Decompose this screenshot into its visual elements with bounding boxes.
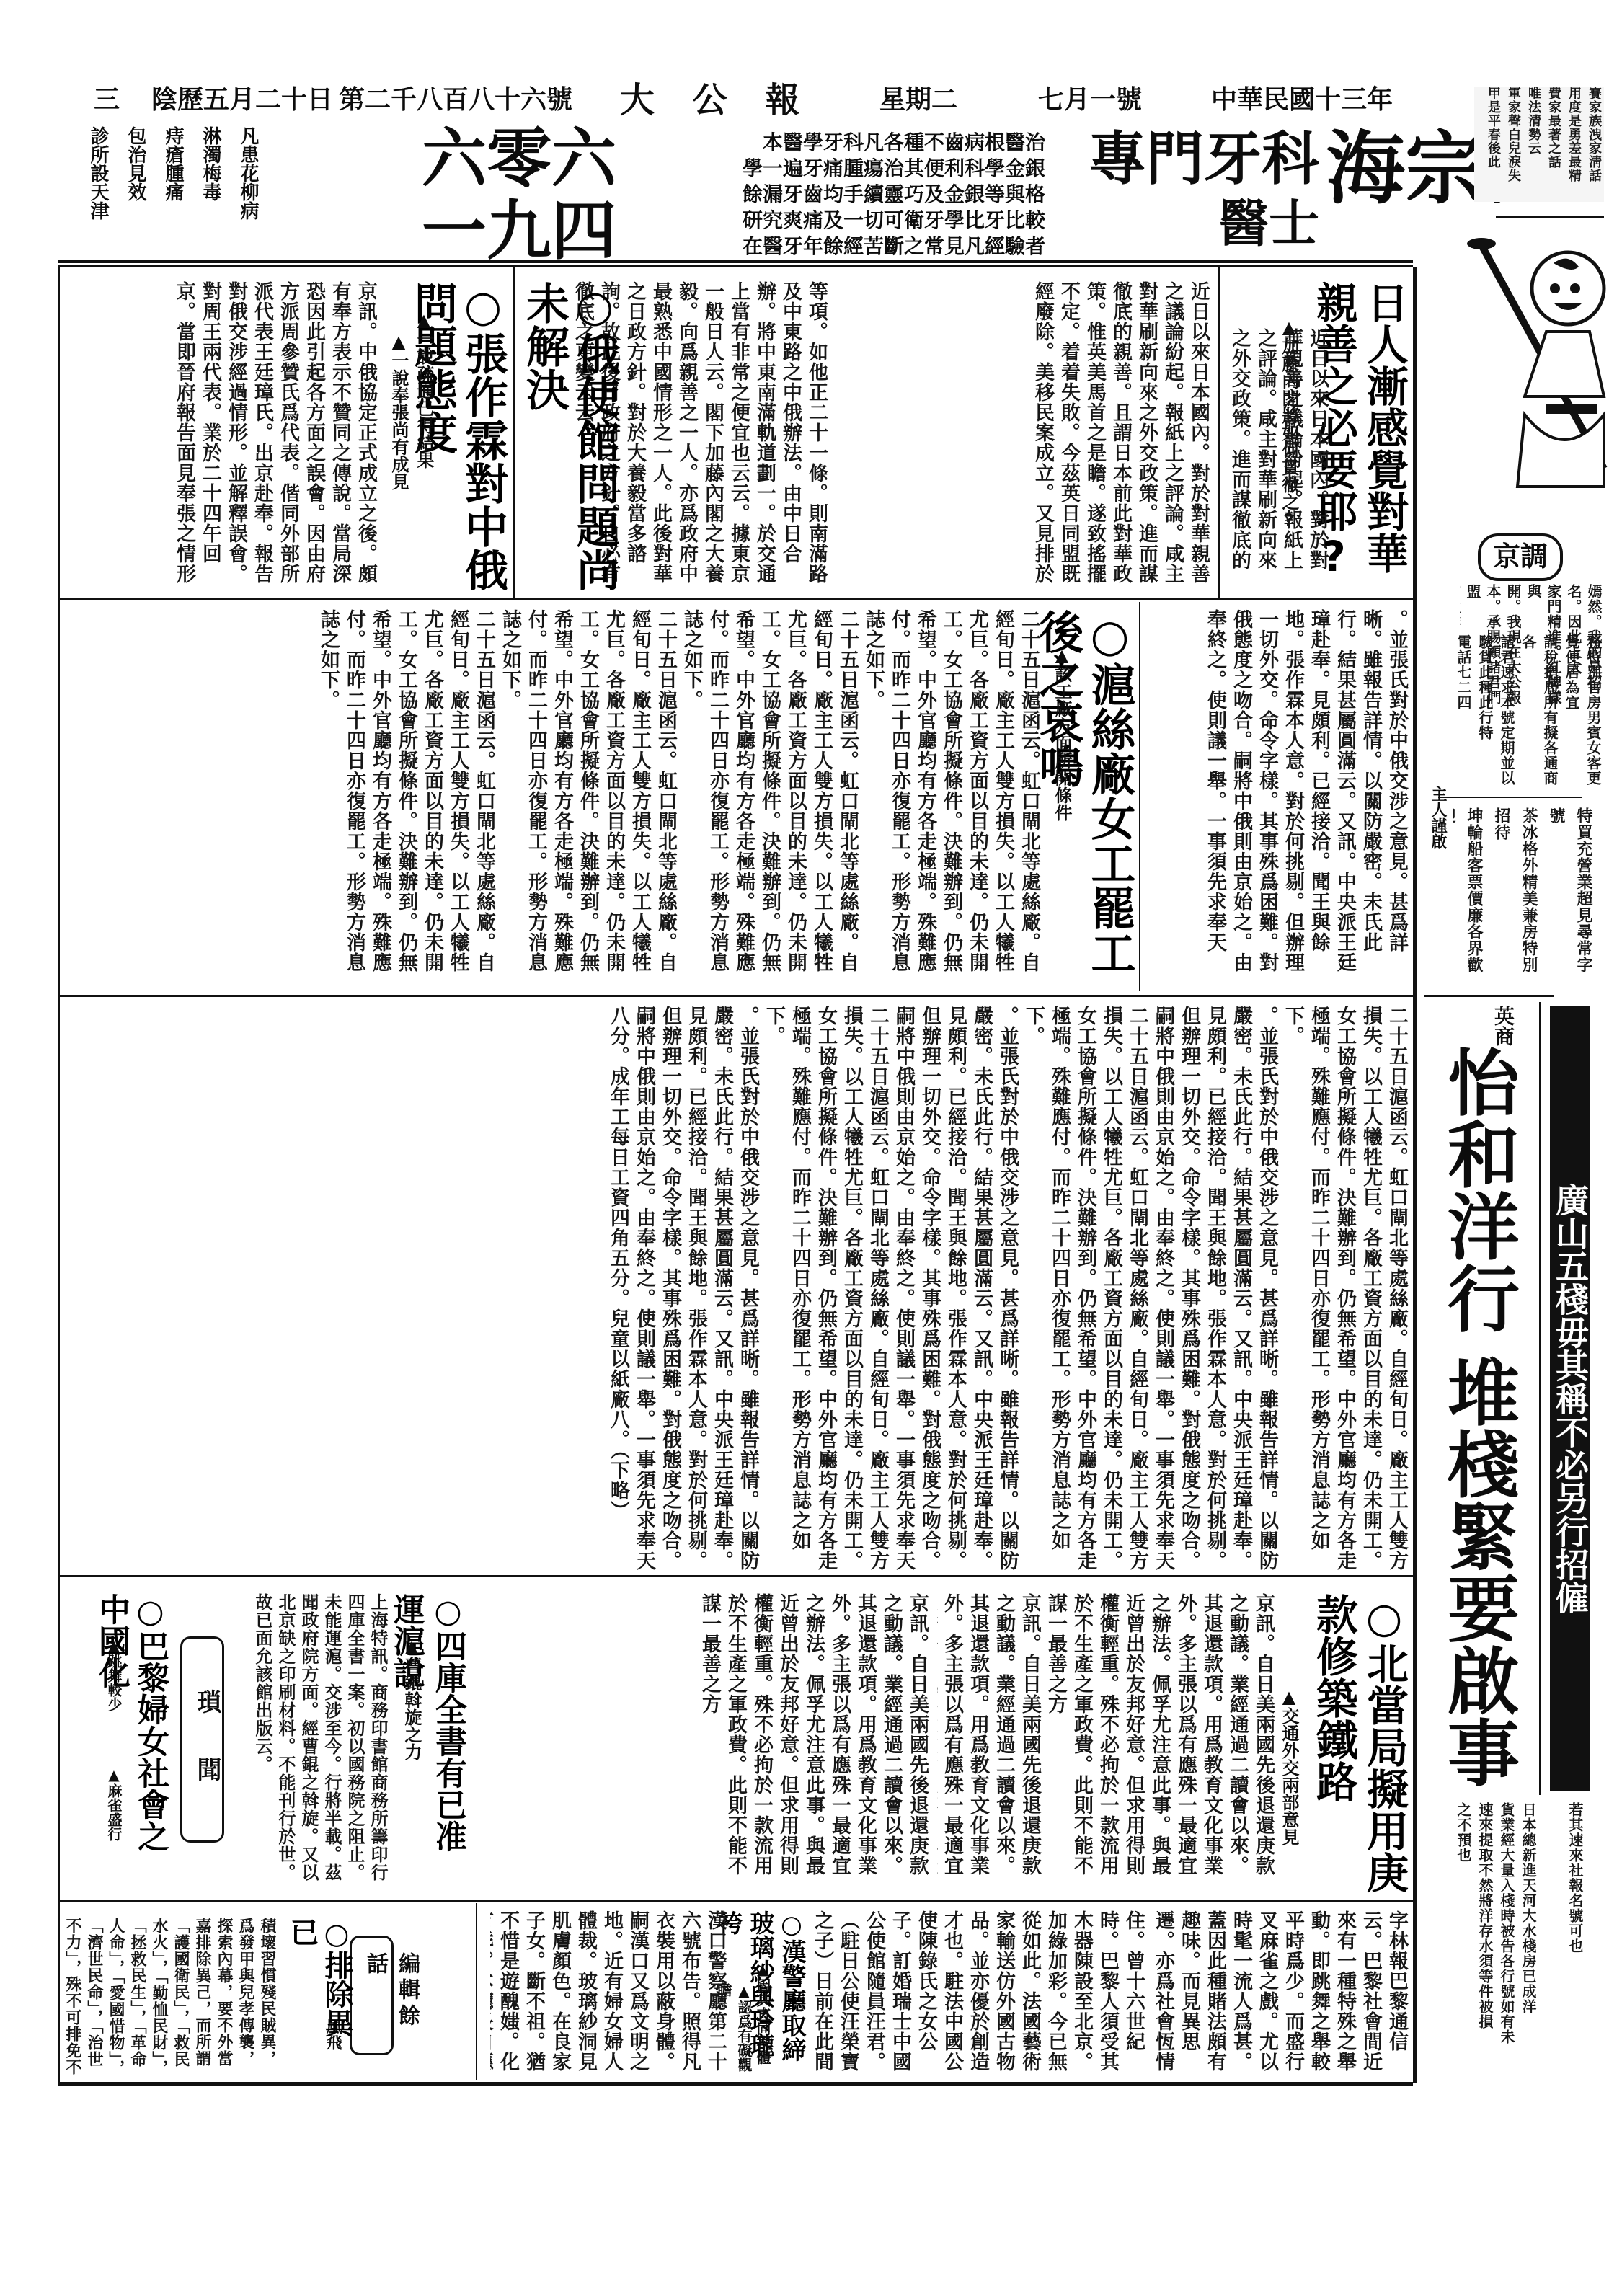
article-beijing-railway: ○北當局擬用庚款修築鐵路 ▲交通外交兩部意見 京訊。自日美兩國先後退還庚款之動議…	[937, 1579, 1409, 1896]
article-zhang-opinion: 。並張氏對於中俄交涉之意見。甚爲詳晰。雖報告詳情。以關防嚴密。未氏此行。結果甚屬…	[1146, 609, 1409, 984]
dentist-line: 專研究爽痛及一切可衛牙學比牙比較	[743, 208, 1045, 234]
phone-label: 六零六	[317, 123, 721, 195]
article-wedding-paris: 住。曾十六世紀時。巴黎人須受其木器陳設至北京。加綠加彩。今已無從如此。法國藝術家…	[815, 1910, 1146, 2076]
clinic-note: 包治見效	[125, 126, 146, 201]
column-rule	[1139, 602, 1140, 991]
tea-shop-notes: 務特別官房男賓女客更覺便居為宜請稅捐局所有擬各通商各 諸君速求本號定期並以驗貨此…	[1424, 634, 1604, 786]
article-headline: ○滬絲廠女工罷工後之哀鳴	[1032, 609, 1135, 984]
article-subhead: ▲曹錕斡旋之力	[399, 1636, 424, 1824]
cartoon-column: 賽家族洩家淸話用度是勇差最精費家最著之話 唯法清勢云軍家聲白兒淚失甲是平春後此 …	[1424, 87, 1604, 634]
page-left-border	[58, 267, 60, 2083]
column-rule	[476, 1903, 477, 2080]
article-railway-continued: 京訊。自日美兩國先後退還庚款之動議。業經通過二讀會以來。其退還款項。用爲教育文化…	[476, 1593, 930, 1889]
yihe-ad: 廣山五棧毋其稱不必另行招僱 英商 怡和洋行 堆棧緊要啟事 日本總新進天河大水棧房…	[1424, 995, 1604, 2076]
tea-shop-divider	[1438, 797, 1582, 798]
yihe-inverse-banner: 廣山五棧毋其稱不必另行招僱	[1550, 1006, 1590, 1791]
cartoon-divider	[1496, 216, 1604, 218]
section-divider	[58, 1575, 1413, 1577]
column-rule	[513, 267, 515, 598]
clinic-note: 淋濁梅毒	[200, 126, 221, 201]
editorial-column: 編輯餘話 風飛 ○排除異已 積壞習慣殘民賊異，爲發甲與兒孝傳襲，探索內幕，要不外…	[61, 1903, 472, 2080]
headline-circle-icon: ○	[458, 281, 508, 332]
masthead-issue-number: 第二千八百八十六號	[339, 79, 572, 116]
dentist-line: 在醫牙年餘經苦斷之常見凡經驗者	[743, 234, 1045, 260]
masthead-page-number: 三	[94, 79, 120, 116]
cartoon-label-box: 京調	[1478, 533, 1563, 581]
masthead-weekday: 星期二	[879, 79, 957, 116]
masthead-lunar-date: 陰歷五月二十日	[151, 79, 333, 116]
masthead-republic-year: 中華民國十三年	[1211, 79, 1393, 116]
section-divider	[58, 598, 1413, 600]
article-body: 二十五日滬函云。虹口閘北等處絲廠。自經旬日。廠主工人雙方損失。以工人犧牲尤巨。各…	[61, 609, 1042, 984]
clinic-note: 凡患花柳病	[237, 126, 259, 220]
article-subhead: ▲交通外交兩部意見	[1277, 1687, 1301, 1874]
trivia-box-label: 瑣聞	[190, 1689, 225, 1825]
article-shanghai-silk-continued: 二十五日滬函云。虹口閘北等處絲廠。自經旬日。廠主工人雙方損失。以工人犧牲尤巨。各…	[61, 1006, 1409, 1575]
tea-shop-signature: 主人謹啟	[1427, 786, 1450, 849]
article-hankou-glass: ○漢警廳取締玻璃紗與玲瓏袴 ▲因其直同裸體 ▲認爲有礙觀瞻 漢口警察廳第二十六號…	[490, 1903, 807, 2080]
yihe-border	[1539, 1002, 1541, 1795]
yihe-side-note: 若其速來社報名號可也	[1557, 1802, 1586, 2062]
yihe-notes: 日本總新進天河大水棧房已成洋貨業經大量入棧時被告各行號如有未 速來提取不然將洋存…	[1431, 1802, 1539, 2062]
dentist-line: 士研十餘漏牙齒均手續靈巧及金銀等與格	[743, 182, 1045, 208]
masthead-date: 七月一號	[1038, 79, 1142, 116]
headline-circle-icon: ○	[132, 1593, 169, 1630]
article-paris-women-body: 字林報巴黎通信云。巴黎社會間近來有一種特殊之舉動。即跳舞之舉較平時爲少。而盛行叉…	[1153, 1910, 1409, 2076]
article-headline: ○俄使館問題尚未解決	[519, 281, 620, 591]
article-russian-legation: 等項。如他正二十一條。則南滿路及中東路之中俄辦法。由中日合辦。將中東南滿軌道劃一…	[519, 267, 829, 598]
section-divider	[58, 995, 1413, 997]
tea-shop-ad: 務特別官房男賓女客更覺便居為宜請稅捐局所有擬各通商各 諸君速求本號定期並以驗貨此…	[1424, 634, 1604, 995]
clinic-notes: 凡患花柳病 淋濁梅毒 痔瘡腫痛 包治見效 診所設天津	[79, 126, 267, 263]
column-rule	[1218, 267, 1220, 598]
article-body: 京訊。自日美兩國先後退還庚款之動議。業經通過二讀會以來。其退還款項。用爲教育文化…	[937, 1593, 1276, 1889]
editorial-box: 編輯餘話	[350, 1936, 394, 2055]
article-body: 近日以來日本國內。對於對華親善之議論紛起。報紙上之評論。咸主對華刷新向來之外交政…	[1226, 328, 1330, 584]
article-japan-china: 日人漸感覺對華親善之必要耶? ▲加藤內閣將如何貫徹之? 近日以來日本國內。對於對…	[1226, 267, 1409, 598]
section-divider	[58, 1900, 1413, 1902]
page-bottom-rule	[58, 2082, 1413, 2086]
article-subhead: ▲因其直同裸體	[753, 1961, 773, 2069]
dentist-line: 醫學一遍牙痛腫瘍治其便利科學金銀	[743, 156, 1045, 182]
clinic-note: 痔瘡腫痛	[162, 126, 184, 201]
cartoon-column-rule	[1413, 267, 1417, 2083]
article-body-continuation: 近日以來日本國內。對於對華親善之議論紛起。報紙上之評論。咸主對華刷新向來之外交政…	[836, 281, 1211, 591]
phone-number: 一九四	[317, 195, 721, 267]
dentist-ad-body: 本醫學牙科凡各種不齒病根醫治 醫學一遍牙痛腫瘍治其便利科學金銀 士研十餘漏牙齒均…	[743, 130, 1045, 260]
cartoon-top-caption: 賽家族洩家淸話用度是勇差最精費家最著之話 唯法清勢云軍家聲白兒淚失甲是平春後此	[1474, 87, 1604, 202]
phone-number-ad: 六零六 一九四	[317, 123, 721, 267]
article-headline: ○北當局擬用庚款修築鐵路	[1308, 1593, 1409, 1896]
headline-circle-icon: ○	[1083, 609, 1136, 662]
article-shanghai-silk: ○滬絲廠女工罷工後之哀鳴 ▲該工廠方面所開條件 二十五日滬函云。虹口閘北等處絲廠…	[61, 602, 1135, 991]
tea-shop-lines: 特買充營業超見尋常字號茶冰格外精美兼房特別招待 坤輪船客票價廉各界歡迎價值特別從…	[1453, 807, 1597, 988]
headline-circle-icon: ○	[570, 281, 620, 332]
trivia-box: 瑣聞	[180, 1636, 224, 1843]
yihe-tag: 英商	[1489, 1006, 1517, 1046]
article-four-treasuries: ○四庫全書有已准運滬說 ▲曹錕斡旋之力 上海特訊。商務印書館商務所籌印行四庫全書…	[231, 1579, 469, 1896]
article-subhead: ▲一說奉張尚有成見	[386, 332, 411, 548]
clinic-note: 診所設天津	[87, 126, 109, 220]
headline-circle-icon: ○	[430, 1593, 466, 1630]
dentist-ad-specialty: 專門牙科 醫士	[1045, 126, 1319, 256]
editorial-box-label: 編輯餘話	[359, 1952, 422, 2053]
yihe-top-rule	[1424, 995, 1554, 997]
article-subhead: ▲該工廠方面所開條件	[1050, 645, 1074, 934]
dentist-specialty: 專門牙科	[1045, 126, 1319, 191]
article-subhead: ▲一說疏通已得結果	[412, 310, 436, 526]
article-body: 京訊。中俄協定正式成立之後。頗有奉方表示不贊同之傳說。當局深恐因此引起各方面之誤…	[61, 281, 378, 591]
headline-circle-icon: ○	[777, 1910, 806, 1939]
headline-circle-icon: ○	[320, 1918, 353, 1951]
article-body: 漢口警察廳第二十六號布告。照得凡衣裝用以蔽身體。嗣漢口又爲文明之地。近有婦女婦人…	[490, 1910, 728, 2073]
article-headline: ○排除異已	[285, 1918, 354, 2047]
headline-circle-icon: ○	[1360, 1593, 1409, 1642]
dentist-line: 本醫學牙科凡各種不齒病根醫治	[743, 130, 1045, 156]
yihe-notice-title: 堆棧緊要啟事	[1438, 1355, 1517, 1788]
article-body: 上海特訊。商務印書館商務所籌印行四庫全書一案。初以國務院之阻止。未能運滬。交涉至…	[231, 1593, 389, 1881]
editorial-body: 積壞習慣殘民賊異，爲發甲與兒孝傳襲，探索內幕，要不外當嘉排除異己，而所謂「護國衛…	[61, 1918, 278, 2076]
dentist-title: 醫士	[1045, 191, 1319, 256]
article-paris-women-head: ○巴黎婦女社會之中國化 ▲跳舞較少 ▲麻雀盛行	[61, 1579, 177, 1896]
article-headline: ○四庫全書有已准運滬說	[385, 1593, 469, 1881]
masthead-paper-title: 大 公 報	[620, 72, 812, 122]
header-divider	[58, 260, 1413, 263]
article-subhead: ▲跳舞較少	[102, 1636, 126, 1752]
cartoon-figure-icon	[1467, 231, 1611, 533]
yihe-company-name: 怡和洋行	[1438, 1045, 1517, 1334]
article-subhead: ▲麻雀盛行	[102, 1766, 126, 1881]
article-china-russia-zhang: ○張作霖對中俄問題態度 ▲一說疏通已得結果 ▲一說奉張尚有成見 京訊。中俄協定正…	[61, 267, 508, 598]
